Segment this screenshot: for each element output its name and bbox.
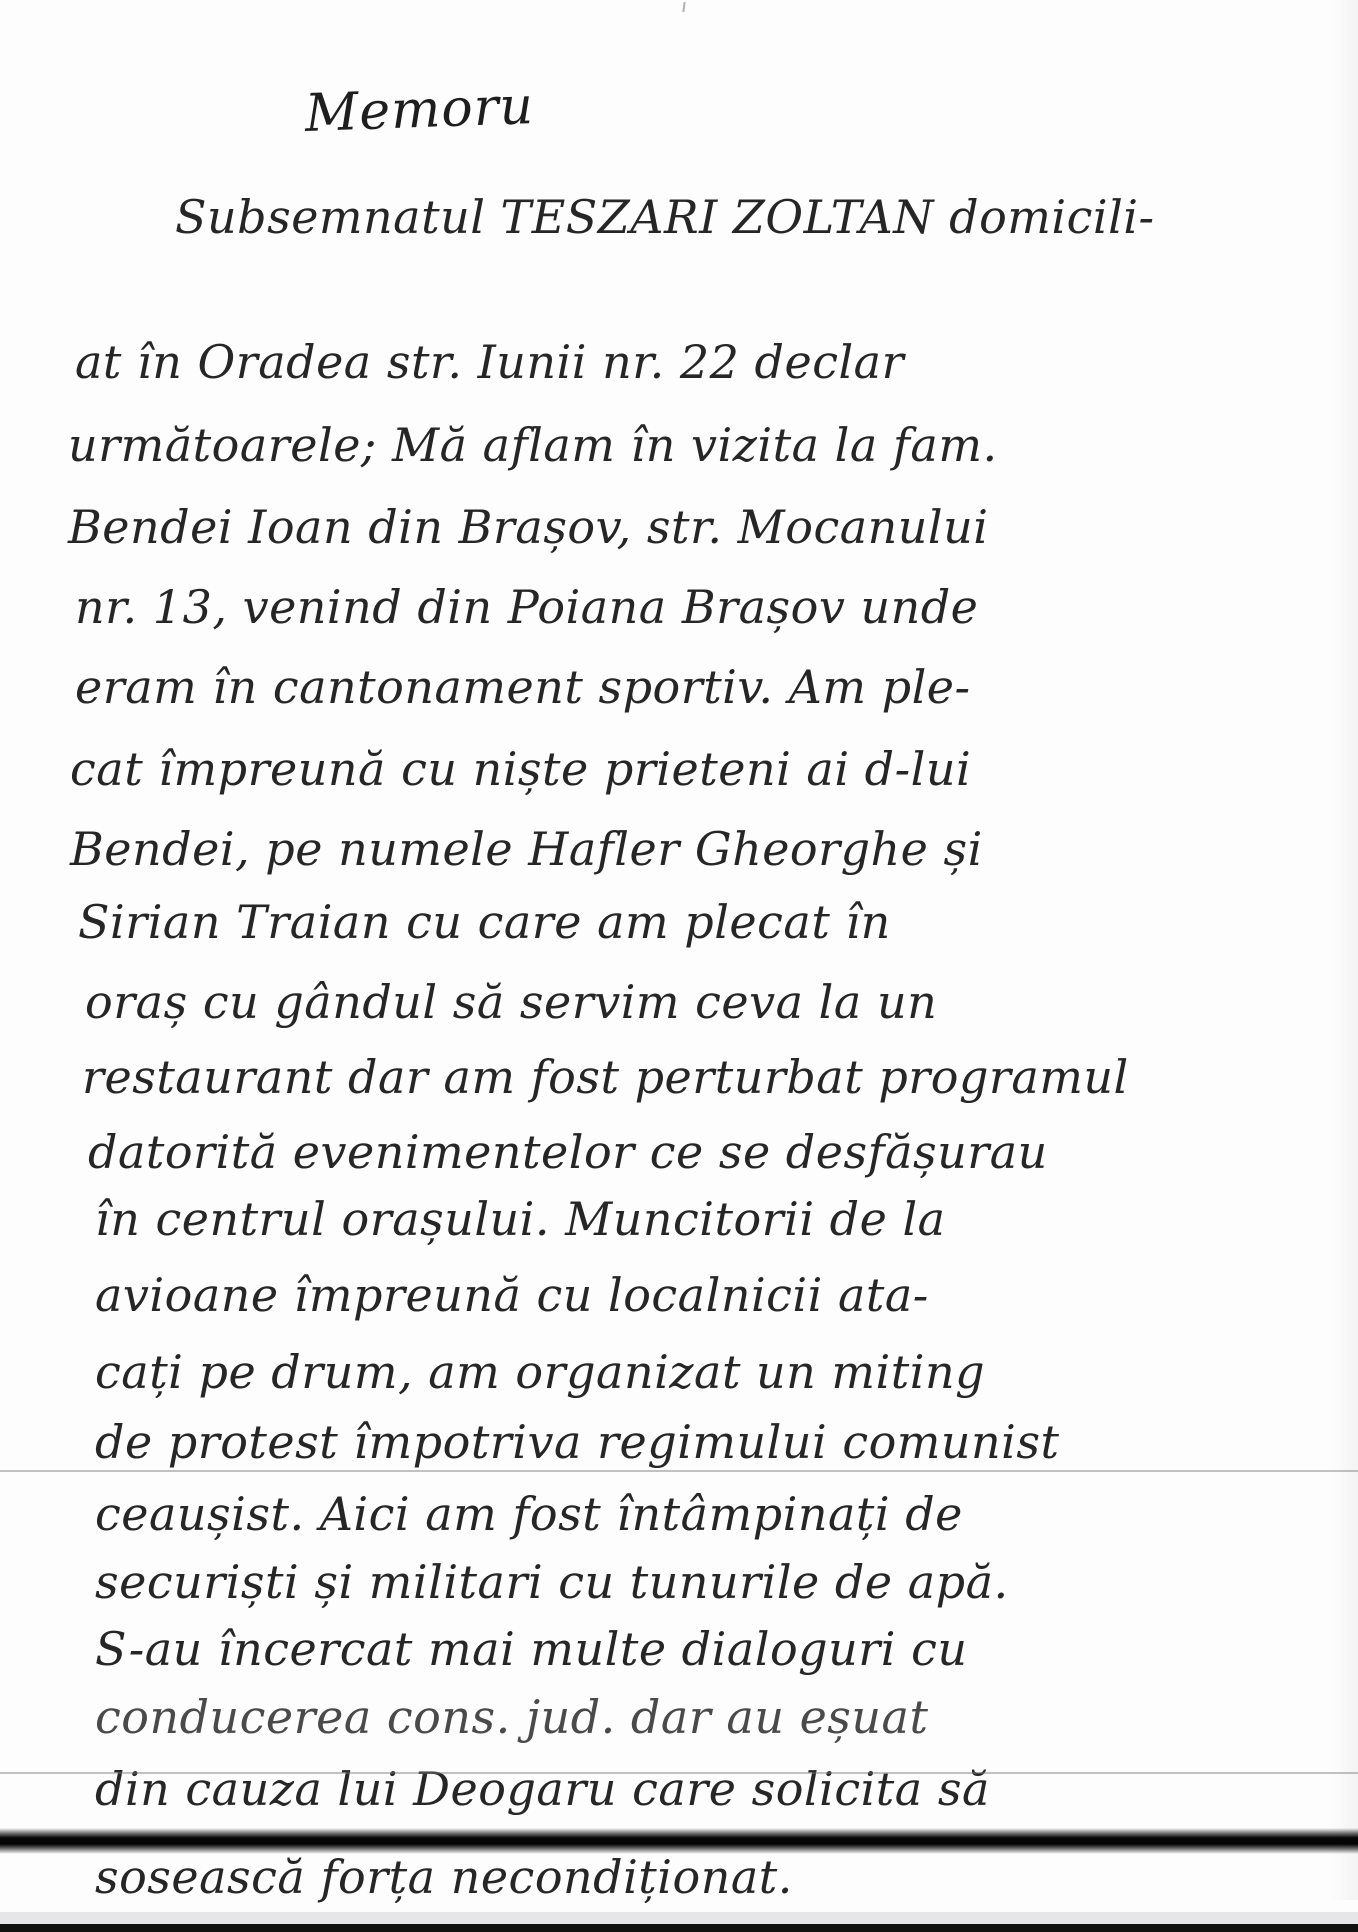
- text-line: Bendei Ioan din Brașov, str. Mocanului: [68, 500, 988, 554]
- text-line: în centrul orașului. Muncitorii de la: [95, 1192, 946, 1246]
- text-line: Sirian Traian cu care am plecat în: [78, 895, 891, 949]
- text-line: at în Oradea str. Iunii nr. 22 declar: [75, 335, 904, 389]
- page-bottom-margin: [0, 1912, 1358, 1924]
- text-line: datorită evenimentelor ce se desfășurau: [88, 1125, 1048, 1179]
- text-line: restaurant dar am fost perturbat program…: [82, 1050, 1129, 1104]
- page-edge-shadow: [1330, 0, 1358, 1900]
- text-line: conducerea cons. jud. dar au eșuat: [95, 1690, 928, 1744]
- text-line: Bendei, pe numele Hafler Gheorghe și: [70, 822, 983, 876]
- text-line: ceaușist. Aici am fost întâmpinați de: [95, 1487, 963, 1541]
- text-line: de protest împotriva regimului comunist: [95, 1415, 1059, 1469]
- scan-line-artifact: [0, 1772, 1358, 1774]
- scanned-page: Memoru Subsemnatul TESZARI ZOLTAN domici…: [0, 0, 1358, 1932]
- text-line: sosească forța necondiționat.: [95, 1850, 793, 1904]
- text-line: avioane împreună cu localnicii ata-: [95, 1268, 929, 1322]
- text-line: oraș cu gândul să servim ceva la un: [85, 975, 937, 1029]
- text-line: cat împreună cu niște prieteni ai d-lui: [70, 742, 971, 796]
- scan-line-artifact: [0, 1470, 1358, 1472]
- text-line: Subsemnatul TESZARI ZOLTAN domicili-: [175, 190, 1155, 244]
- text-line: S-au încercat mai multe dialoguri cu: [95, 1622, 967, 1676]
- text-line: cați pe drum, am organizat un miting: [95, 1345, 985, 1399]
- text-line: din cauza lui Deogaru care solicita să: [95, 1762, 990, 1816]
- text-line: eram în cantonament sportiv. Am ple-: [75, 660, 971, 714]
- scan-artifact-mark: [682, 2, 685, 12]
- text-line: următoarele; Mă aflam în vizita la fam.: [68, 418, 998, 472]
- text-line: nr. 13, venind din Poiana Brașov unde: [75, 580, 978, 634]
- scan-bottom-border: [0, 1924, 1358, 1932]
- document-title: Memoru: [304, 76, 535, 144]
- text-line: securiști și militari cu tunurile de apă…: [95, 1555, 1009, 1609]
- scan-band-artifact: [0, 1828, 1358, 1854]
